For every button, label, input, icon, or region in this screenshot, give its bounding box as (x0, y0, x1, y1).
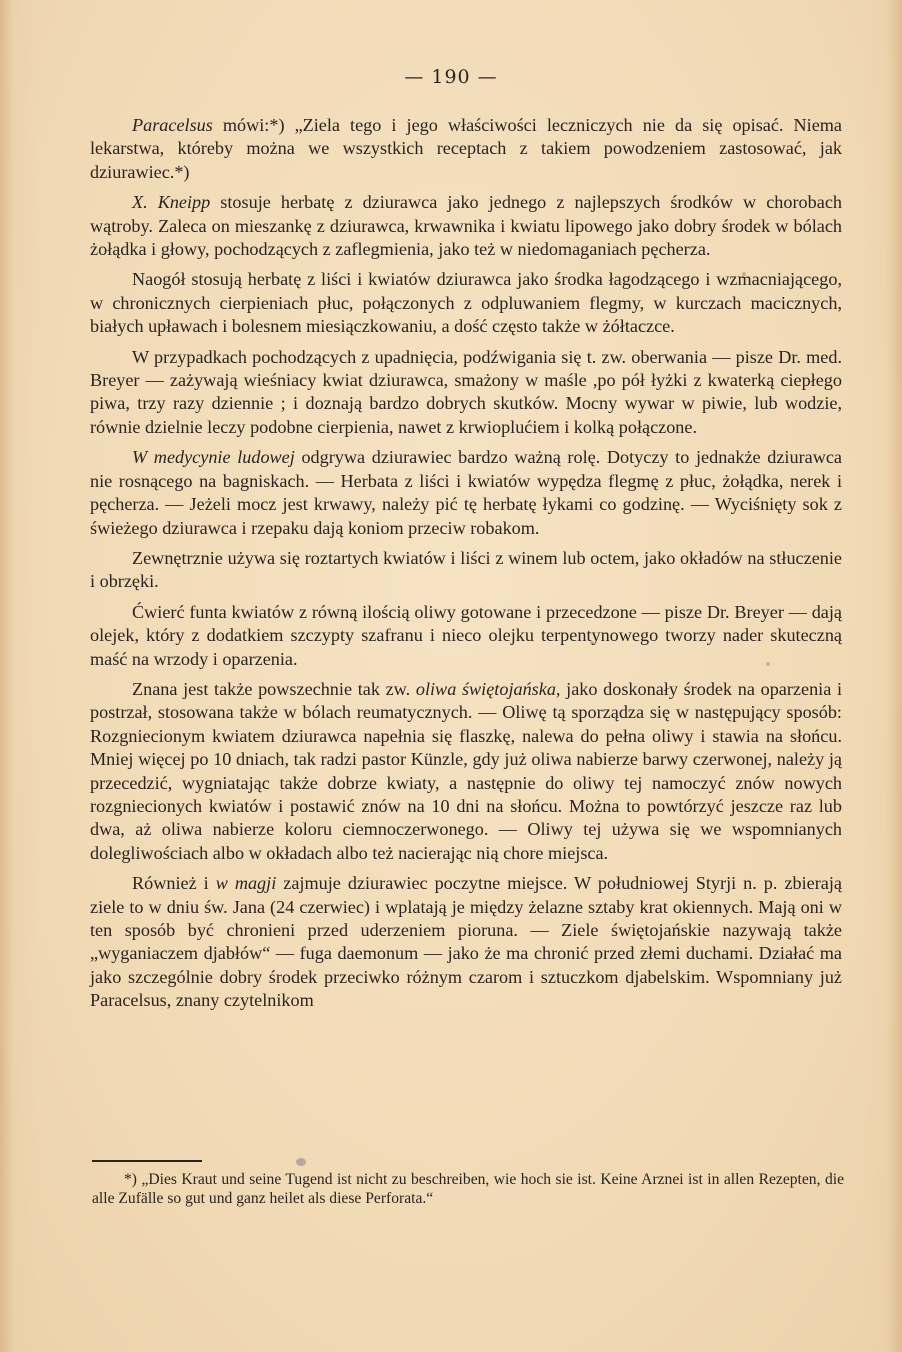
paragraph-general-use: Naogół stosują herbatę z liści i kwiatów… (90, 268, 842, 338)
paragraph-text: Zewnętrznie używa się roztartych kwiatów… (90, 548, 842, 591)
paragraph-paracelsus-quote: Paracelsus mówi:*) „Ziela tego i jego wł… (90, 114, 842, 184)
paragraph-text: Znana jest także powszechnie tak zw. (132, 679, 416, 699)
paragraph-text: Również i (132, 873, 216, 893)
italic-term: Paracelsus (132, 115, 213, 135)
paragraph-st-john-oil: Znana jest także powszechnie tak zw. oli… (90, 678, 842, 865)
page-number: — 190 — (0, 66, 902, 88)
italic-term: oliwa świętojańska, (416, 679, 561, 699)
paragraph-text: Ćwierć funta kwiatów z równą ilością oli… (90, 602, 842, 669)
footnote: *) „Dies Kraut und seine Tugend ist nich… (92, 1170, 844, 1208)
scanned-book-page: — 190 — Paracelsus mówi:*) „Ziela tego i… (0, 0, 902, 1352)
paragraph-magic: Również i w magji zajmuje dziurawiec poc… (90, 872, 842, 1012)
paragraph-ointment: Ćwierć funta kwiatów z równą ilością oli… (90, 601, 842, 671)
italic-term: X. Kneipp (132, 192, 210, 212)
paragraph-text: zajmuje dziurawiec poczytne miejsce. W p… (90, 873, 842, 1010)
italic-term: W medycynie ludowej (132, 447, 295, 467)
paragraph-kneipp: X. Kneipp stosuje herbatę z dziurawca ja… (90, 191, 842, 261)
paper-speck (766, 662, 770, 666)
paper-speck (742, 272, 746, 276)
footnote-divider (92, 1160, 202, 1162)
paragraph-folk-medicine: W medycynie ludowej odgrywa dziurawiec b… (90, 446, 842, 540)
paragraph-text: W przypadkach pochodzących z upadnięcia,… (90, 347, 842, 437)
paper-speck (296, 1158, 306, 1166)
paragraph-external-use: Zewnętrznie używa się roztartych kwiatów… (90, 547, 842, 594)
body-text: Paracelsus mówi:*) „Ziela tego i jego wł… (90, 114, 842, 1020)
paragraph-text: jako doskonały środek na oparzenia i pos… (90, 679, 842, 863)
italic-term: w magji (216, 873, 277, 893)
paragraph-breyer-injuries: W przypadkach pochodzących z upadnięcia,… (90, 346, 842, 440)
paper-speck (590, 641, 594, 645)
paragraph-text: Naogół stosują herbatę z liści i kwiatów… (90, 269, 842, 336)
